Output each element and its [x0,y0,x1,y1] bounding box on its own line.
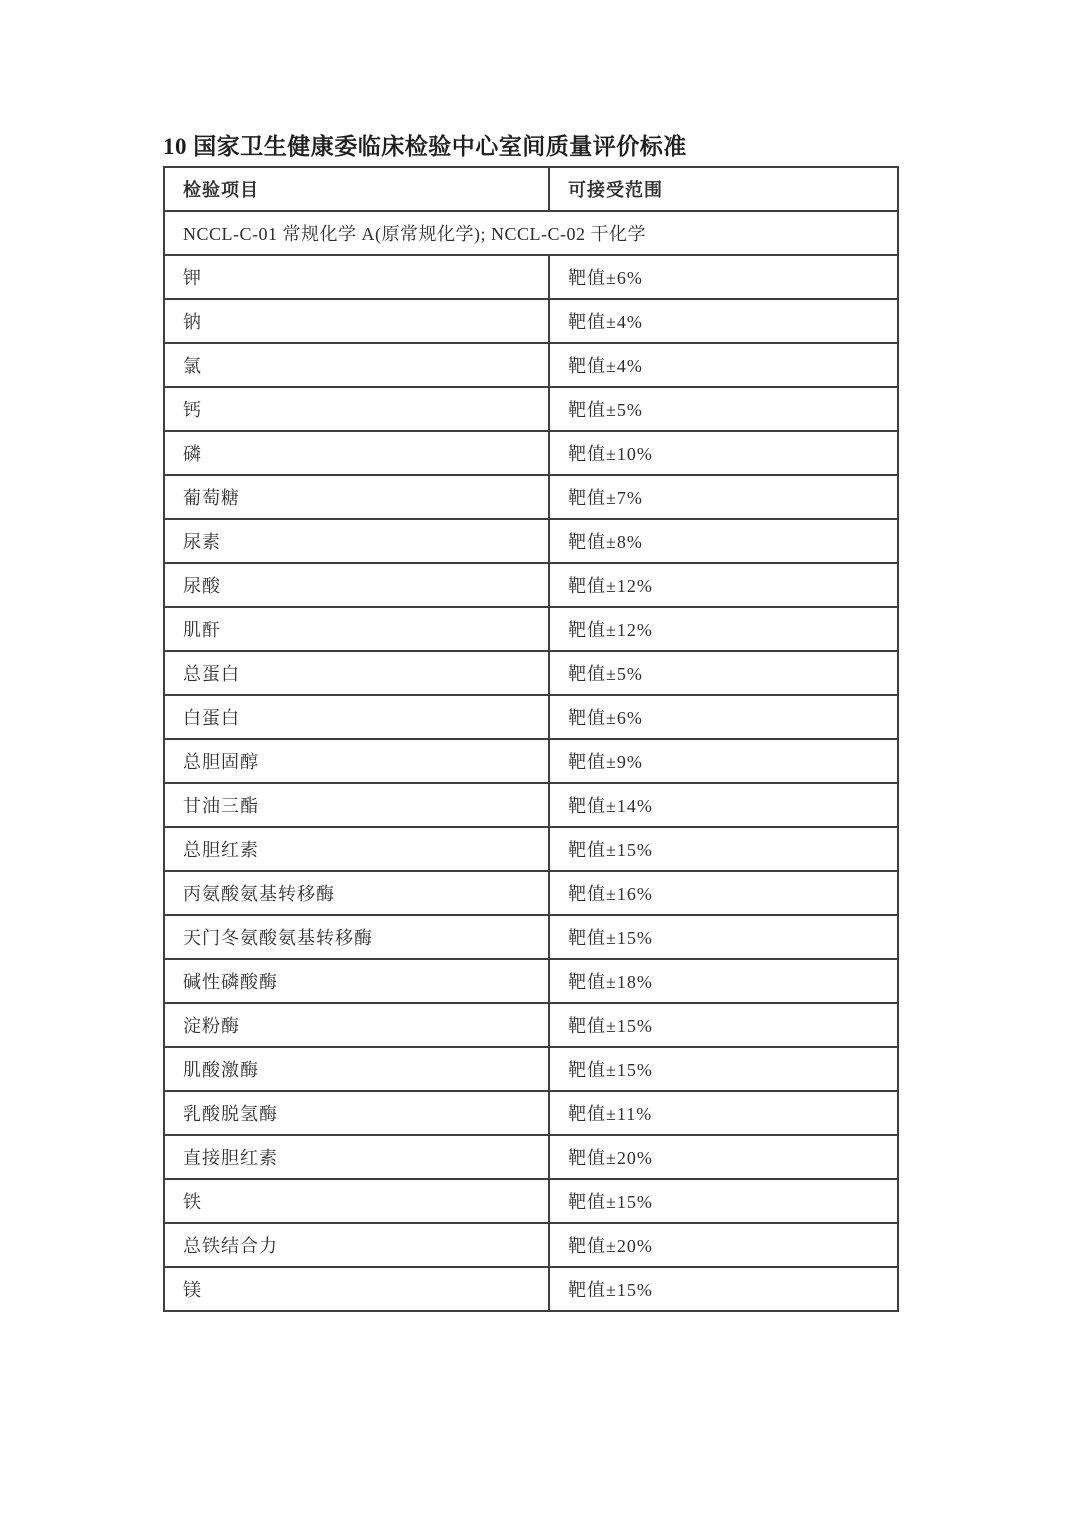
acceptable-range-cell: 靶值±15% [549,1003,898,1047]
acceptable-range-cell: 靶值±20% [549,1223,898,1267]
table-row: 总胆固醇靶值±9% [164,739,898,783]
table-row: 碱性磷酸酶靶值±18% [164,959,898,1003]
test-item-cell: 氯 [164,343,549,387]
table-row: 钠靶值±4% [164,299,898,343]
test-item-cell: 钠 [164,299,549,343]
acceptable-range-cell: 靶值±18% [549,959,898,1003]
column-header-acceptable-range: 可接受范围 [549,167,898,211]
document-page: 10 国家卫生健康委临床检验中心室间质量评价标准 检验项目 可接受范围 NCCL… [0,0,1080,1527]
table-row: 总蛋白靶值±5% [164,651,898,695]
test-item-cell: 甘油三酯 [164,783,549,827]
acceptable-range-cell: 靶值±5% [549,651,898,695]
acceptable-range-cell: 靶值±15% [549,915,898,959]
table-row: 葡萄糖靶值±7% [164,475,898,519]
acceptable-range-cell: 靶值±4% [549,299,898,343]
acceptable-range-cell: 靶值±6% [549,695,898,739]
column-header-test-item: 检验项目 [164,167,549,211]
acceptable-range-cell: 靶值±20% [549,1135,898,1179]
table-row: 尿酸靶值±12% [164,563,898,607]
test-item-cell: 磷 [164,431,549,475]
acceptable-range-cell: 靶值±16% [549,871,898,915]
test-item-cell: 钾 [164,255,549,299]
table-row: 尿素靶值±8% [164,519,898,563]
acceptable-range-cell: 靶值±10% [549,431,898,475]
test-item-cell: 肌酸激酶 [164,1047,549,1091]
table-row: 肌酐靶值±12% [164,607,898,651]
table-row: 氯靶值±4% [164,343,898,387]
table-row: 镁靶值±15% [164,1267,898,1311]
acceptable-range-cell: 靶值±6% [549,255,898,299]
acceptable-range-cell: 靶值±15% [549,1047,898,1091]
acceptable-range-cell: 靶值±12% [549,607,898,651]
test-item-cell: 总铁结合力 [164,1223,549,1267]
test-item-cell: 直接胆红素 [164,1135,549,1179]
section-label: NCCL-C-01 常规化学 A(原常规化学); NCCL-C-02 干化学 [164,211,898,255]
test-item-cell: 白蛋白 [164,695,549,739]
table-row: 钾靶值±6% [164,255,898,299]
test-item-cell: 总胆固醇 [164,739,549,783]
test-item-cell: 葡萄糖 [164,475,549,519]
test-item-cell: 丙氨酸氨基转移酶 [164,871,549,915]
test-item-cell: 碱性磷酸酶 [164,959,549,1003]
acceptable-range-cell: 靶值±14% [549,783,898,827]
acceptable-range-cell: 靶值±7% [549,475,898,519]
table-row: 甘油三酯靶值±14% [164,783,898,827]
table-header-row: 检验项目 可接受范围 [164,167,898,211]
test-item-cell: 铁 [164,1179,549,1223]
table-row: 淀粉酶靶值±15% [164,1003,898,1047]
table-body: NCCL-C-01 常规化学 A(原常规化学); NCCL-C-02 干化学 钾… [164,211,898,1311]
acceptable-range-cell: 靶值±4% [549,343,898,387]
test-item-cell: 钙 [164,387,549,431]
acceptable-range-cell: 靶值±12% [549,563,898,607]
table-row: 天门冬氨酸氨基转移酶靶值±15% [164,915,898,959]
table-row: 铁靶值±15% [164,1179,898,1223]
section-row: NCCL-C-01 常规化学 A(原常规化学); NCCL-C-02 干化学 [164,211,898,255]
table-row: 丙氨酸氨基转移酶靶值±16% [164,871,898,915]
test-item-cell: 尿素 [164,519,549,563]
quality-standards-table: 检验项目 可接受范围 NCCL-C-01 常规化学 A(原常规化学); NCCL… [163,166,899,1312]
acceptable-range-cell: 靶值±8% [549,519,898,563]
table-row: 直接胆红素靶值±20% [164,1135,898,1179]
table-row: 肌酸激酶靶值±15% [164,1047,898,1091]
acceptable-range-cell: 靶值±9% [549,739,898,783]
table-row: 白蛋白靶值±6% [164,695,898,739]
acceptable-range-cell: 靶值±15% [549,1179,898,1223]
acceptable-range-cell: 靶值±5% [549,387,898,431]
test-item-cell: 总蛋白 [164,651,549,695]
test-item-cell: 总胆红素 [164,827,549,871]
test-item-cell: 乳酸脱氢酶 [164,1091,549,1135]
test-item-cell: 天门冬氨酸氨基转移酶 [164,915,549,959]
table-row: 磷靶值±10% [164,431,898,475]
test-item-cell: 淀粉酶 [164,1003,549,1047]
page-title: 10 国家卫生健康委临床检验中心室间质量评价标准 [163,128,687,161]
table-row: 乳酸脱氢酶靶值±11% [164,1091,898,1135]
test-item-cell: 镁 [164,1267,549,1311]
test-item-cell: 尿酸 [164,563,549,607]
acceptable-range-cell: 靶值±11% [549,1091,898,1135]
test-item-cell: 肌酐 [164,607,549,651]
table-row: 总胆红素靶值±15% [164,827,898,871]
table-row: 钙靶值±5% [164,387,898,431]
acceptable-range-cell: 靶值±15% [549,1267,898,1311]
acceptable-range-cell: 靶值±15% [549,827,898,871]
table-row: 总铁结合力靶值±20% [164,1223,898,1267]
